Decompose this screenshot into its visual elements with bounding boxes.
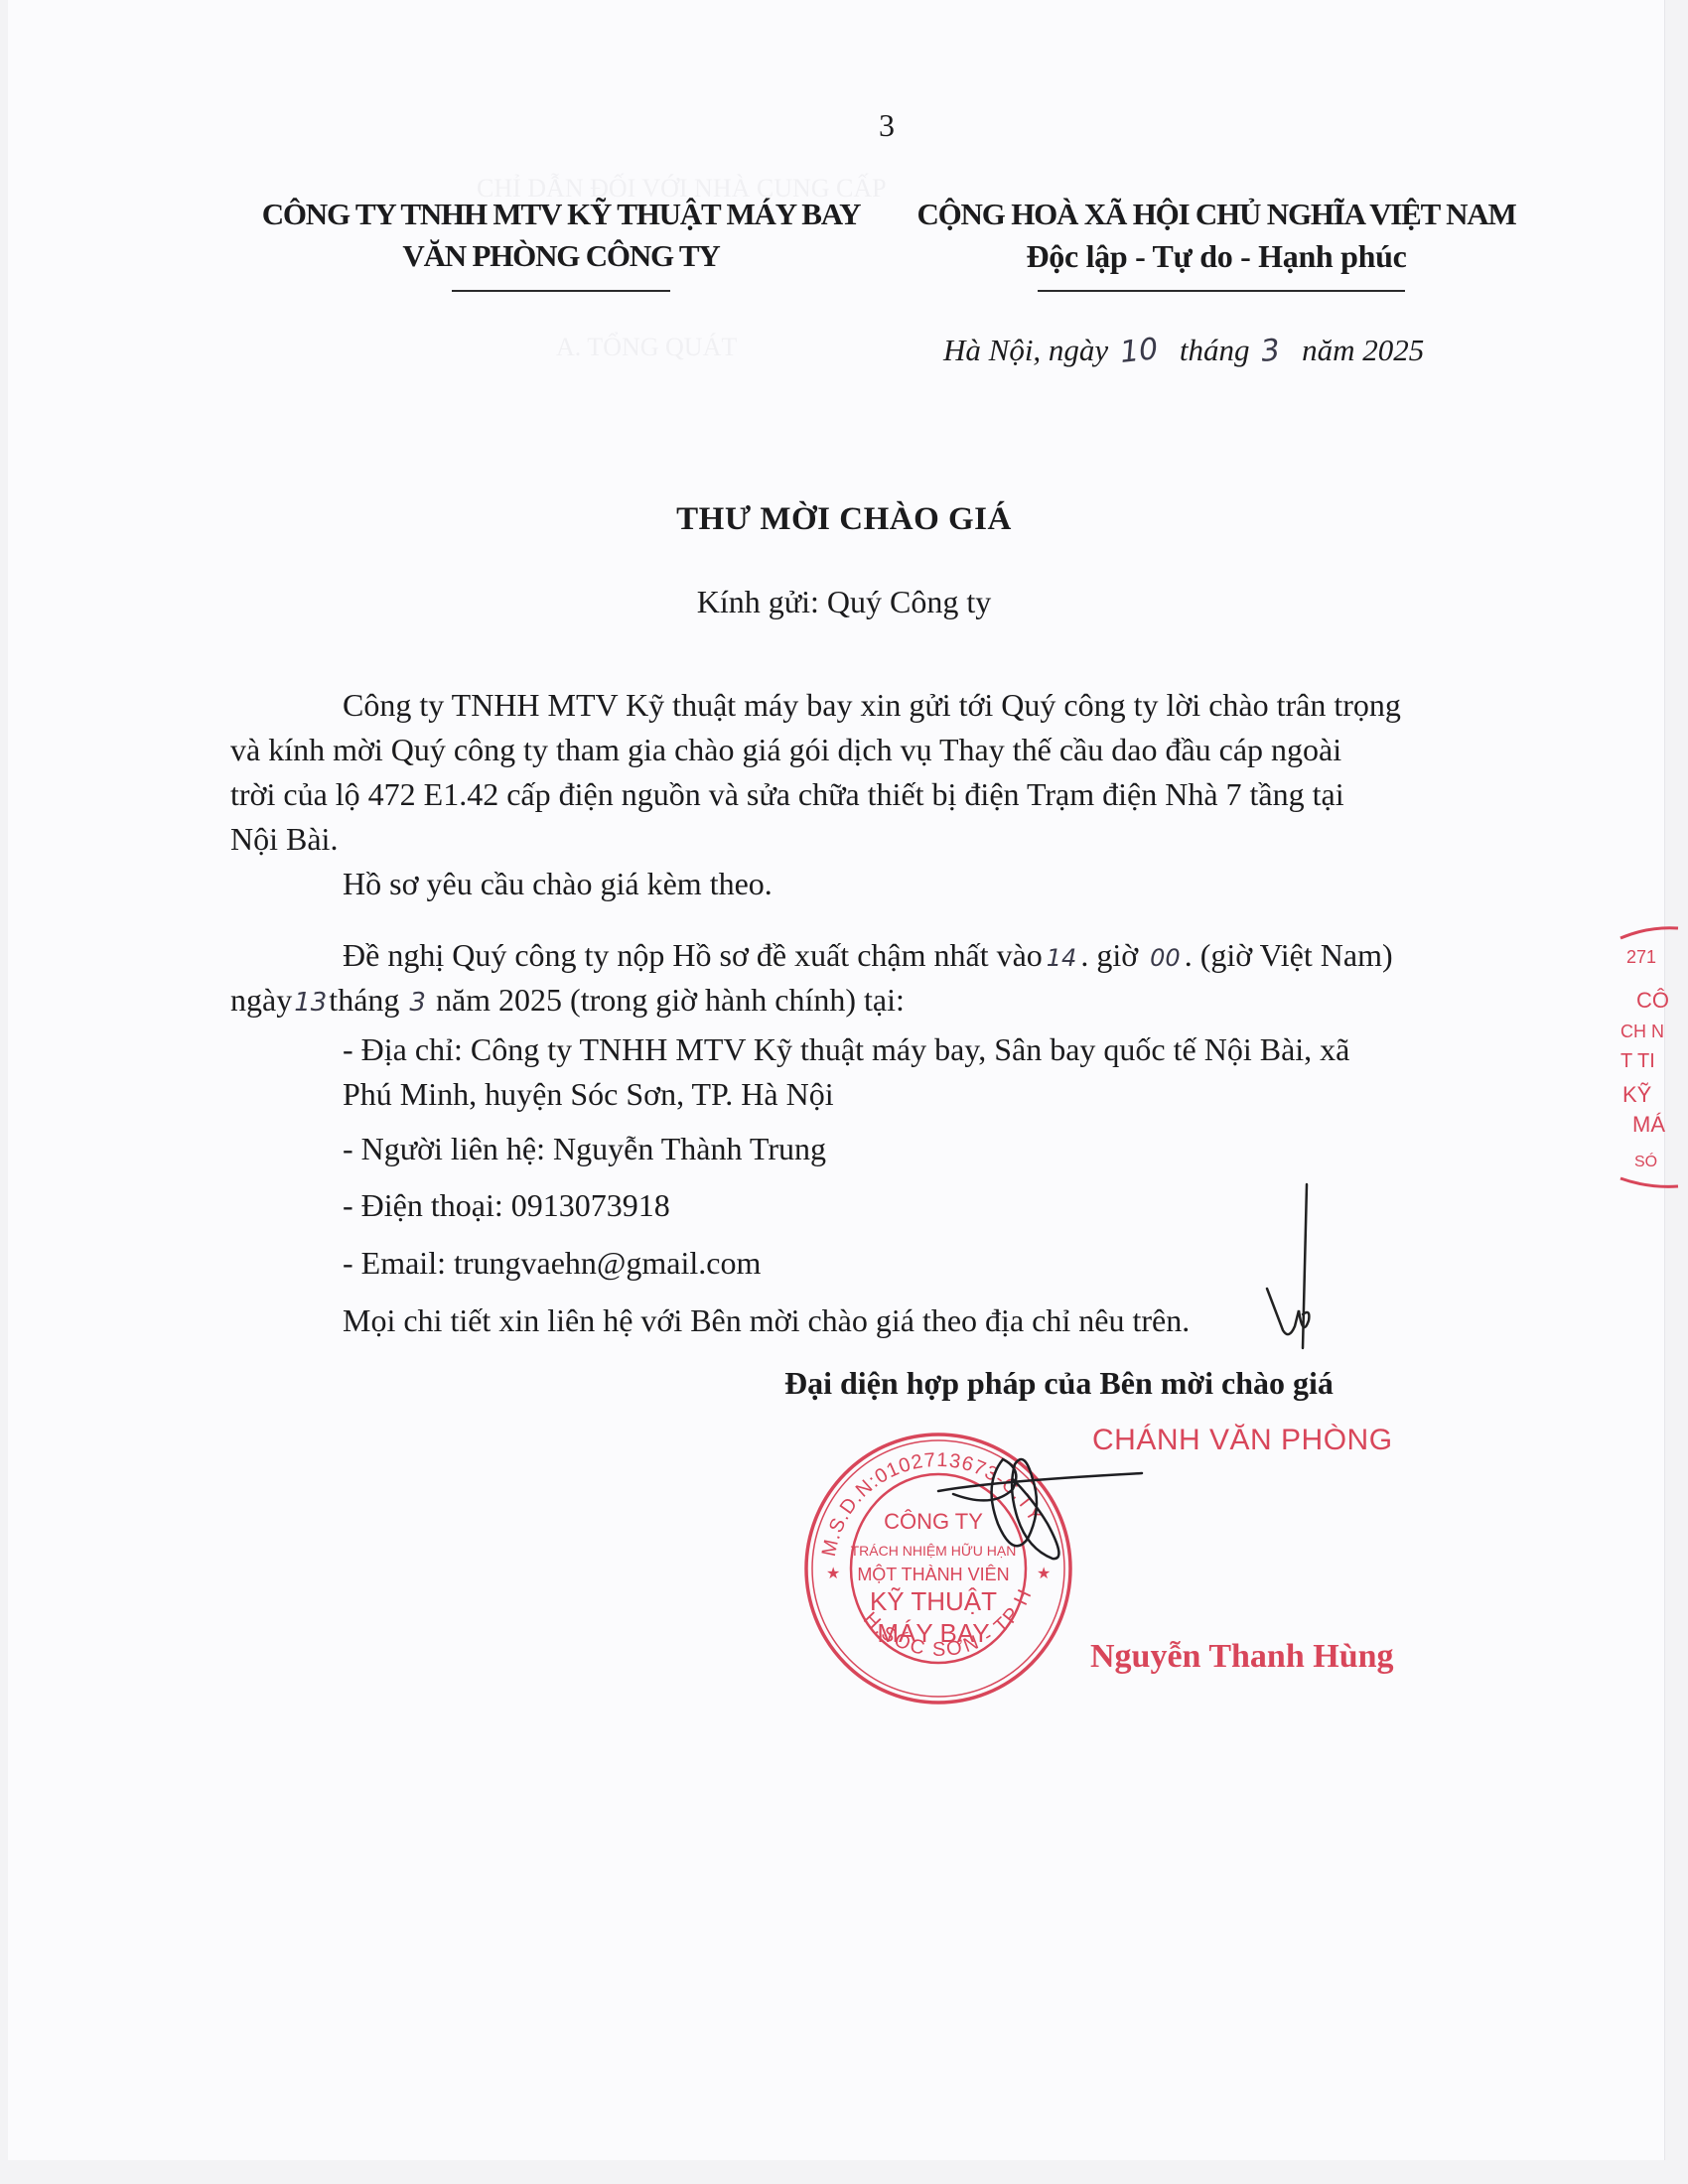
attachment-note: Hồ sơ yêu cầu chào giá kèm theo. bbox=[343, 862, 773, 906]
svg-text:MÁY BAY: MÁY BAY bbox=[877, 1618, 989, 1648]
date-day-handwritten: 10 bbox=[1118, 332, 1160, 370]
document-page bbox=[8, 0, 1664, 2160]
intro-line: trời của lộ 472 E1.42 cấp điện nguồn và … bbox=[230, 772, 1539, 817]
contact-address-line-1: - Địa chỉ: Công ty TNHH MTV Kỹ thuật máy… bbox=[343, 1027, 1349, 1072]
header-national: CỘNG HOÀ XÃ HỘI CHỦ NGHĨA VIỆT NAM Độc l… bbox=[899, 194, 1534, 277]
svg-text:KỸ THUẬT: KỸ THUẬT bbox=[870, 1586, 997, 1616]
intro-line: Nội Bài. bbox=[230, 817, 1539, 862]
svg-text:271: 271 bbox=[1626, 947, 1656, 967]
company-name: CÔNG TY TNHH MTV KỸ THUẬT MÁY BAY bbox=[238, 194, 884, 235]
intro-paragraph: Công ty TNHH MTV Kỹ thuật máy bay xin gử… bbox=[343, 683, 1539, 862]
svg-text:CH N: CH N bbox=[1620, 1022, 1664, 1041]
date-month-label: tháng bbox=[1180, 333, 1250, 367]
national-title: CỘNG HOÀ XÃ HỘI CHỦ NGHĨA VIỆT NAM bbox=[899, 194, 1534, 235]
department-name: VĂN PHÒNG CÔNG TY bbox=[238, 235, 884, 277]
contact-phone: - Điện thoại: 0913073918 bbox=[343, 1183, 670, 1228]
bleed-through-text: A. TỔNG QUÁT bbox=[556, 333, 737, 362]
closing-sentence: Mọi chi tiết xin liên hệ với Bên mời chà… bbox=[343, 1298, 1190, 1343]
date-month-handwritten: 3 bbox=[1259, 333, 1282, 369]
submission-deadline-line-1: Đề nghị Quý công ty nộp Hồ sơ đề xuất ch… bbox=[343, 933, 1393, 981]
initials-signature-icon bbox=[1259, 1181, 1338, 1355]
svg-text:★: ★ bbox=[826, 1566, 840, 1582]
header-left-underline bbox=[452, 290, 670, 292]
svg-text:SÓ: SÓ bbox=[1634, 1152, 1657, 1170]
svg-text:MÁ: MÁ bbox=[1632, 1112, 1665, 1137]
signer-position: CHÁNH VĂN PHÒNG bbox=[1092, 1424, 1393, 1457]
page-number: 3 bbox=[879, 107, 895, 144]
document-title: THƯ MỜI CHÀO GIÁ bbox=[0, 501, 1688, 538]
submission-year-text: năm 2025 (trong giờ hành chính) tại: bbox=[436, 982, 905, 1018]
submission-day-label: ngày bbox=[230, 982, 292, 1018]
partial-seal-icon: 271 CÔ CH N T TI KỸ MÁ SÓ bbox=[1618, 918, 1688, 1196]
submission-minute-handwritten: 00 bbox=[1150, 936, 1181, 981]
contact-person: - Người liên hệ: Nguyễn Thành Trung bbox=[343, 1127, 826, 1171]
date-line: Hà Nội, ngày 10 tháng 3 năm 2025 bbox=[943, 333, 1424, 368]
signature-heading: Đại diện hợp pháp của Bên mời chào giá bbox=[784, 1365, 1334, 1402]
submission-day-handwritten: 13 bbox=[294, 981, 327, 1025]
intro-line: và kính mời Quý công ty tham gia chào gi… bbox=[230, 728, 1539, 772]
signer-name: Nguyễn Thanh Hùng bbox=[1090, 1638, 1394, 1676]
submission-timezone: . (giờ Việt Nam) bbox=[1185, 937, 1393, 973]
svg-text:CÔ: CÔ bbox=[1636, 988, 1669, 1013]
contact-address-line-2: Phú Minh, huyện Sóc Sơn, TP. Hà Nội bbox=[343, 1072, 834, 1117]
national-motto: Độc lập - Tự do - Hạnh phúc bbox=[899, 235, 1534, 277]
date-year: năm 2025 bbox=[1302, 333, 1424, 367]
contact-email[interactable]: - Email: trungvaehn@gmail.com bbox=[343, 1241, 761, 1286]
intro-line: Công ty TNHH MTV Kỹ thuật máy bay xin gử… bbox=[343, 683, 1539, 728]
submission-month-handwritten: 3 bbox=[409, 981, 426, 1025]
header-organization: CÔNG TY TNHH MTV KỸ THUẬT MÁY BAY VĂN PH… bbox=[238, 194, 884, 277]
header-right-underline bbox=[1038, 290, 1405, 292]
svg-text:KỸ: KỸ bbox=[1622, 1082, 1652, 1107]
submission-deadline-line-2: ngày13tháng 3 năm 2025 (trong giờ hành c… bbox=[230, 978, 905, 1025]
submission-hour-label: . giờ bbox=[1080, 937, 1138, 973]
submission-text: Đề nghị Quý công ty nộp Hồ sơ đề xuất ch… bbox=[343, 937, 1043, 973]
greeting: Kính gửi: Quý Công ty bbox=[0, 584, 1688, 620]
svg-text:T TI: T TI bbox=[1620, 1050, 1655, 1072]
date-prefix: Hà Nội, ngày bbox=[943, 333, 1108, 367]
submission-hour-handwritten: 14 bbox=[1047, 936, 1077, 981]
submission-month-label: tháng bbox=[329, 982, 399, 1018]
